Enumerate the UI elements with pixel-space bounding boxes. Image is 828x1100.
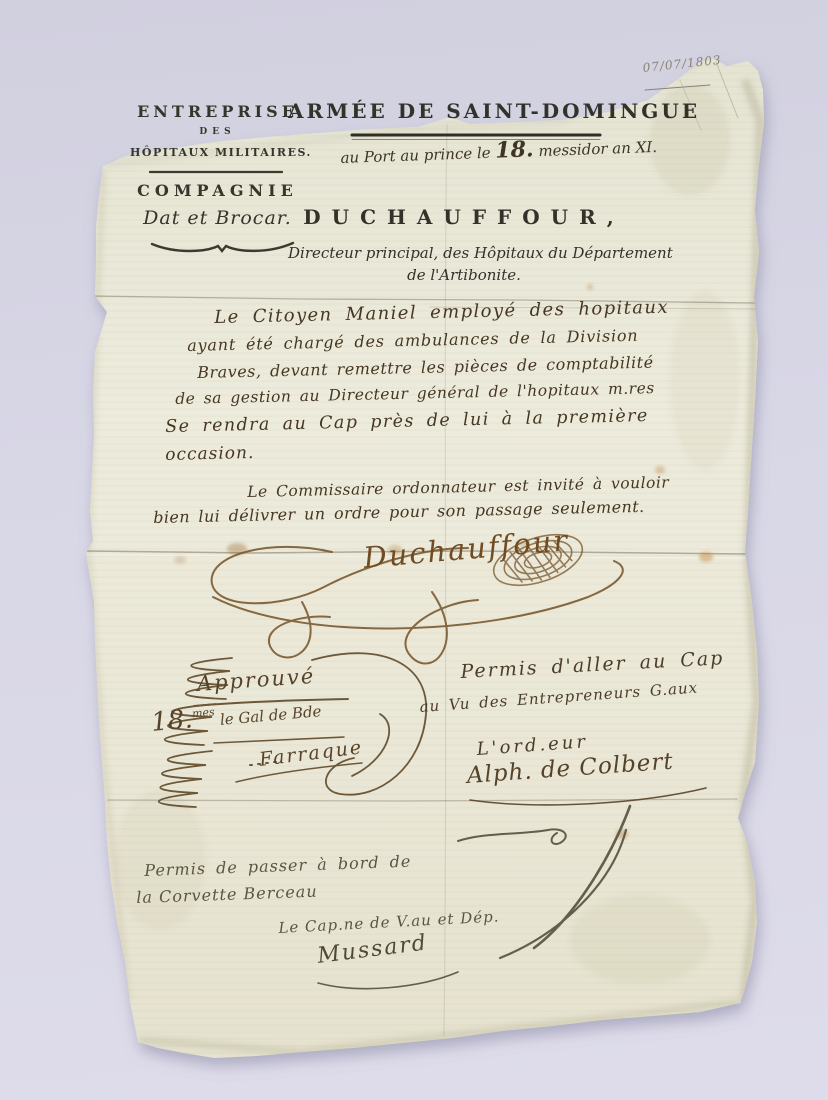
approval-date-superscript: mes xyxy=(191,705,215,720)
director-name: DUCHAUFFOUR, xyxy=(288,205,640,229)
letterhead-enterprise-line3: HÔPITAUX MILITAIRES. xyxy=(130,146,305,159)
director-title-line2: de l'Artibonite. xyxy=(288,266,640,284)
body-line: occasion. xyxy=(165,443,255,465)
stain xyxy=(587,284,593,290)
army-title: ARMÉE DE SAINT-DOMINGUE xyxy=(288,99,640,123)
letterhead-enterprise-line1: ENTREPRISE xyxy=(130,102,305,121)
stain xyxy=(699,552,713,562)
letterhead-company-names: Dat et Brocar. xyxy=(130,207,305,229)
director-title-line1: Directeur principal, des Hôpitaux du Dép… xyxy=(288,244,640,262)
dateline-day: 18. xyxy=(495,136,534,163)
stain xyxy=(174,556,186,564)
approval-date-number: 18. xyxy=(150,704,194,737)
document-photograph: 07/07/1803 ENTREPRISE DES HÔPITAUX MILIT… xyxy=(0,0,828,1100)
dateline-month-year: messidor an XI. xyxy=(533,138,657,160)
letterhead-enterprise-line2: DES xyxy=(130,127,305,137)
letterhead-company-label: COMPAGNIE xyxy=(130,181,305,200)
dateline-place: au Port au prince le xyxy=(340,144,495,167)
